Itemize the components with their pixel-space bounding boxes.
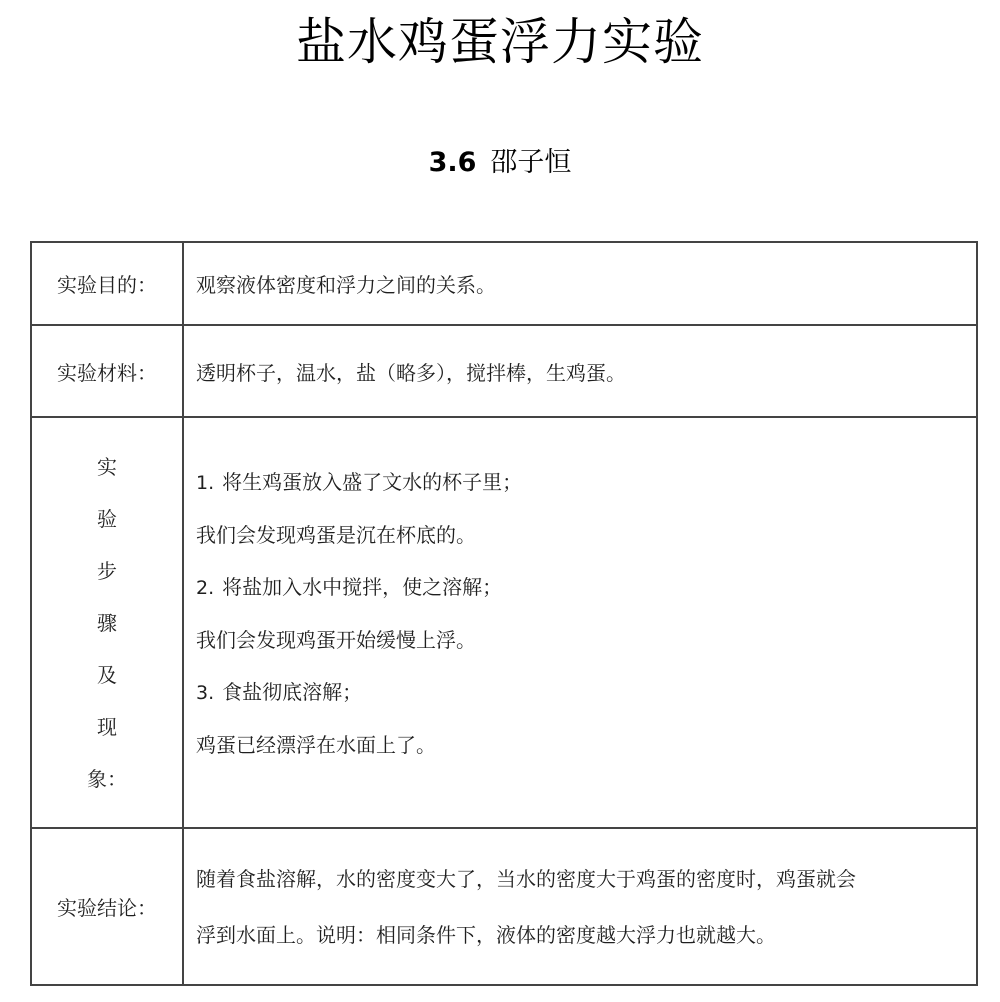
conclusion-text: 随着食盐溶解，水的密度变大了，当水的密度大于鸡蛋的密度时，鸡蛋就会 浮到水面上。… [196, 851, 976, 963]
conclusion-content: 随着食盐溶解，水的密度变大了，当水的密度大于鸡蛋的密度时，鸡蛋就会 浮到水面上。… [183, 828, 977, 985]
steps-label: 实 验 步 骤 及 现 象： [31, 417, 183, 828]
conclusion-line-2: 浮到水面上。说明：相同条件下，液体的密度越大浮力也就越大。 [196, 907, 976, 963]
row-conclusion: 实验结论： 随着食盐溶解，水的密度变大了，当水的密度大于鸡蛋的密度时，鸡蛋就会 … [31, 828, 977, 985]
document-subtitle: 3.6邵子恒 [0, 143, 1000, 183]
steps-content: 1.将生鸡蛋放入盛了文水的杯子里； 我们会发现鸡蛋是沉在杯底的。 2.将盐加入水… [183, 417, 977, 828]
step-2-action: 2.将盐加入水中搅拌，使之溶解； [196, 561, 976, 614]
step-3-action: 3.食盐彻底溶解； [196, 666, 976, 719]
materials-label: 实验材料： [31, 325, 183, 417]
conclusion-label: 实验结论： [31, 828, 183, 985]
author-name: 邵子恒 [490, 147, 571, 178]
steps-label-char: 步 [97, 545, 117, 597]
steps-label-char: 象： [87, 753, 127, 805]
step-1-action: 1.将生鸡蛋放入盛了文水的杯子里； [196, 456, 976, 509]
steps-label-char: 验 [97, 493, 117, 545]
steps-list: 1.将生鸡蛋放入盛了文水的杯子里； 我们会发现鸡蛋是沉在杯底的。 2.将盐加入水… [196, 430, 976, 815]
step-3-observation: 鸡蛋已经漂浮在水面上了。 [196, 719, 976, 771]
step-number: 3. [196, 682, 214, 704]
steps-label-char: 及 [97, 649, 117, 701]
step-action-text: 将生鸡蛋放入盛了文水的杯子里； [222, 470, 522, 494]
row-materials: 实验材料： 透明杯子，温水，盐（略多），搅拌棒，生鸡蛋。 [31, 325, 977, 417]
purpose-content: 观察液体密度和浮力之间的关系。 [183, 242, 977, 325]
steps-label-char: 骤 [97, 597, 117, 649]
materials-content: 透明杯子，温水，盐（略多），搅拌棒，生鸡蛋。 [183, 325, 977, 417]
class-number: 3.6 [429, 147, 477, 178]
step-action-text: 食盐彻底溶解； [222, 680, 362, 704]
conclusion-line-1: 随着食盐溶解，水的密度变大了，当水的密度大于鸡蛋的密度时，鸡蛋就会 [196, 851, 976, 907]
step-number: 2. [196, 577, 214, 599]
step-1-observation: 我们会发现鸡蛋是沉在杯底的。 [196, 509, 976, 561]
steps-label-char: 现 [97, 701, 117, 753]
steps-label-char: 实 [97, 441, 117, 493]
steps-label-vertical: 实 验 步 骤 及 现 象： [32, 441, 182, 805]
experiment-table: 实验目的： 观察液体密度和浮力之间的关系。 实验材料： 透明杯子，温水，盐（略多… [30, 241, 978, 986]
row-purpose: 实验目的： 观察液体密度和浮力之间的关系。 [31, 242, 977, 325]
step-action-text: 将盐加入水中搅拌，使之溶解； [222, 575, 502, 599]
step-2-observation: 我们会发现鸡蛋开始缓慢上浮。 [196, 614, 976, 666]
purpose-label: 实验目的： [31, 242, 183, 325]
step-number: 1. [196, 472, 214, 494]
row-steps: 实 验 步 骤 及 现 象： 1.将生鸡蛋放入盛了文水的杯子里； 我们会发现鸡蛋… [31, 417, 977, 828]
document-title: 盐水鸡蛋浮力实验 [0, 10, 1000, 74]
